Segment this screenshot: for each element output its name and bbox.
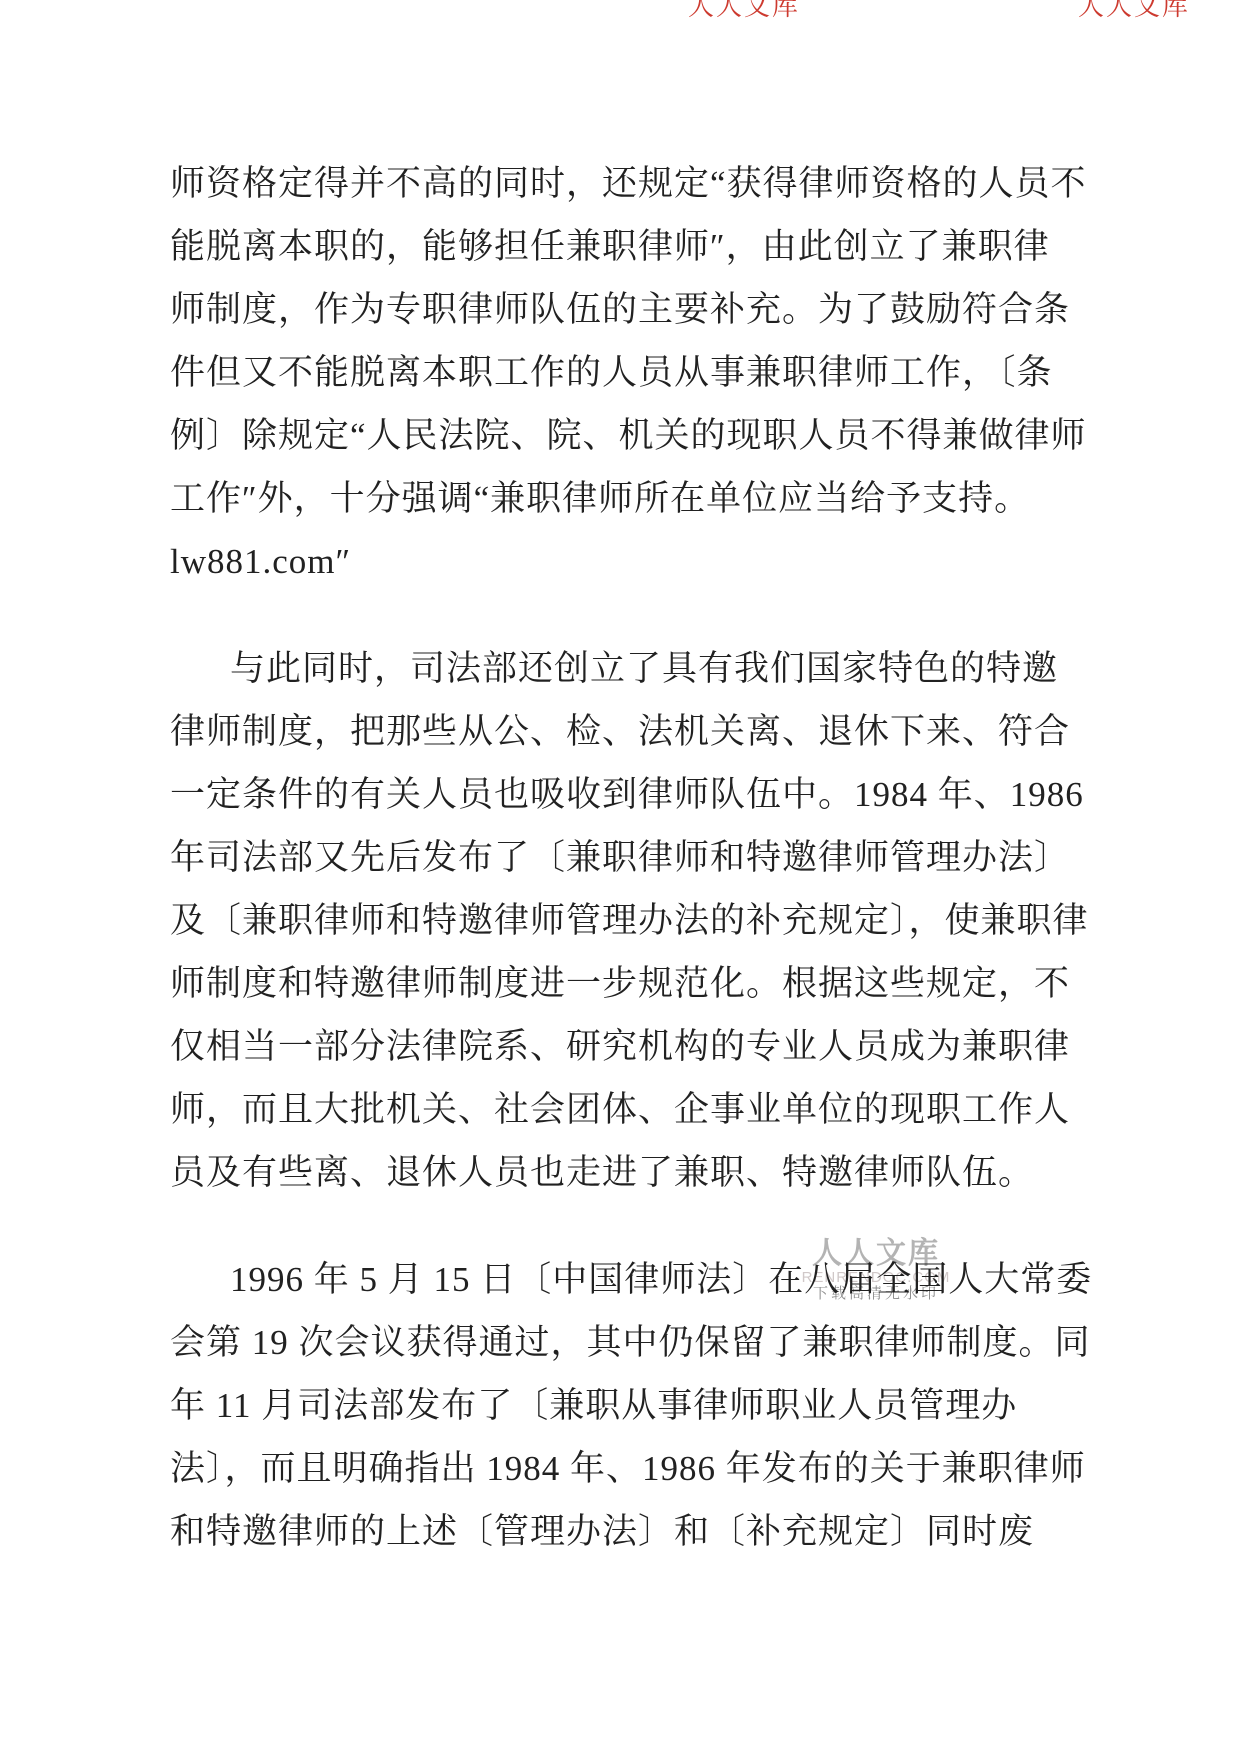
text-line: 1996 年 5 月 15 日〔中国律师法〕在八届全国人大常委 (170, 1248, 1120, 1311)
text-line: 与此同时，司法部还创立了具有我们国家特色的特邀 (170, 637, 1120, 700)
document-body: 师资格定得并不高的同时，还规定“获得律师资格的人员不能脱离本职的，能够担任兼职律… (170, 152, 1120, 1607)
text-line: 师资格定得并不高的同时，还规定“获得律师资格的人员不 (170, 152, 1120, 215)
text-line: lw881.com″ (170, 530, 1120, 593)
text-line: 年 11 月司法部发布了〔兼职从事律师职业人员管理办 (170, 1374, 1120, 1437)
text-line: 例〕除规定“人民法院、院、机关的现职人员不得兼做律师 (170, 404, 1120, 467)
top-watermark-fragment-right: 人人文库 (1078, 0, 1190, 23)
paragraph: 与此同时，司法部还创立了具有我们国家特色的特邀律师制度，把那些从公、检、法机关离… (170, 637, 1120, 1204)
text-line: 年司法部又先后发布了〔兼职律师和特邀律师管理办法〕 (170, 826, 1120, 889)
text-line: 件但又不能脱离本职工作的人员从事兼职律师工作，〔条 (170, 341, 1120, 404)
text-line: 律师制度，把那些从公、检、法机关离、退休下来、符合 (170, 700, 1120, 763)
text-line: 师制度和特邀律师制度进一步规范化。根据这些规定，不 (170, 952, 1120, 1015)
text-line: 员及有些离、退休人员也走进了兼职、特邀律师队伍。 (170, 1141, 1120, 1204)
text-line: 和特邀律师的上述〔管理办法〕和〔补充规定〕同时废 (170, 1500, 1120, 1563)
paragraph: 师资格定得并不高的同时，还规定“获得律师资格的人员不能脱离本职的，能够担任兼职律… (170, 152, 1120, 593)
text-line: 师，而且大批机关、社会团体、企事业单位的现职工作人 (170, 1078, 1120, 1141)
text-line: 及〔兼职律师和特邀律师管理办法的补充规定〕，使兼职律 (170, 889, 1120, 952)
text-line: 仅相当一部分法律院系、研究机构的专业人员成为兼职律 (170, 1015, 1120, 1078)
text-line: 会第 19 次会议获得通过，其中仍保留了兼职律师制度。同 (170, 1311, 1120, 1374)
text-line: 能脱离本职的，能够担任兼职律师″，由此创立了兼职律 (170, 215, 1120, 278)
paragraph: 1996 年 5 月 15 日〔中国律师法〕在八届全国人大常委会第 19 次会议… (170, 1248, 1120, 1563)
text-line: 师制度，作为专职律师队伍的主要补充。为了鼓励符合条 (170, 278, 1120, 341)
top-watermark-fragment-left: 人人文库 (688, 0, 800, 23)
text-line: 工作″外，十分强调“兼职律师所在单位应当给予支持。 (170, 467, 1120, 530)
text-line: 一定条件的有关人员也吸收到律师队伍中。1984 年、1986 (170, 763, 1120, 826)
text-line: 法〕，而且明确指出 1984 年、1986 年发布的关于兼职律师 (170, 1437, 1120, 1500)
document-page: { "page": { "background": "#ffffff", "te… (0, 0, 1240, 1753)
